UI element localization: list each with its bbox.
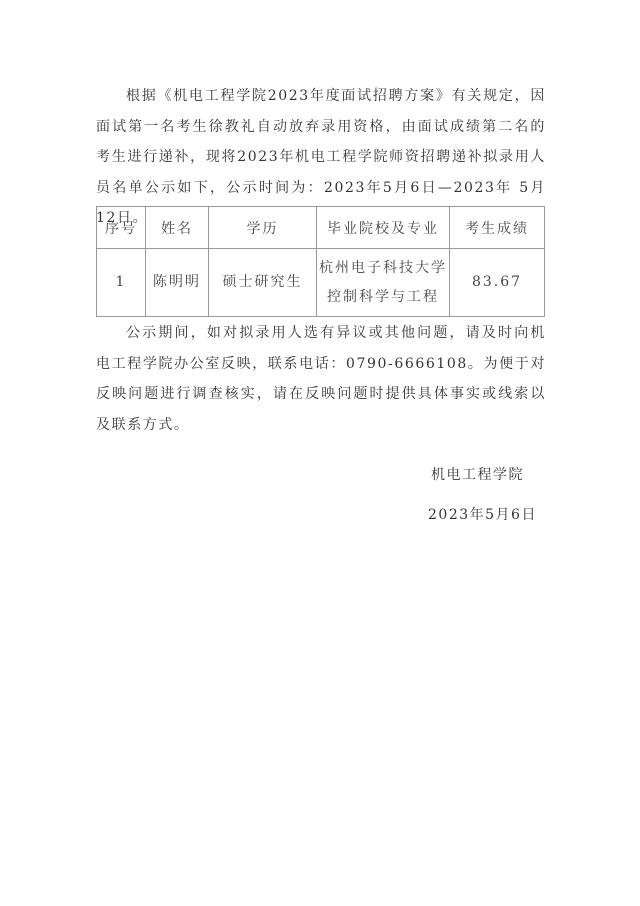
cell-major: 控制科学与工程 — [317, 283, 449, 312]
cell-education: 硕士研究生 — [209, 249, 317, 317]
header-school-major: 毕业院校及专业 — [317, 207, 450, 249]
cell-name: 陈明明 — [146, 249, 209, 317]
header-index: 序号 — [97, 207, 146, 249]
cell-index: 1 — [97, 249, 146, 317]
cell-school: 杭州电子科技大学 — [317, 254, 449, 283]
cell-score: 83.67 — [450, 249, 545, 317]
header-score: 考生成绩 — [450, 207, 545, 249]
signature-date: 2023年5月6日 — [428, 504, 537, 524]
signature-organization: 机电工程学院 — [431, 464, 524, 484]
header-name: 姓名 — [146, 207, 209, 249]
header-education: 学历 — [209, 207, 317, 249]
table-row: 1 陈明明 硕士研究生 杭州电子科技大学 控制科学与工程 83.67 — [97, 249, 545, 317]
table-header-row: 序号 姓名 学历 毕业院校及专业 考生成绩 — [97, 207, 545, 249]
notice-contact-paragraph: 公示期间，如对拟录用人选有异议或其他问题，请及时向机电工程学院办公室反映，联系电… — [96, 318, 546, 440]
candidate-table: 序号 姓名 学历 毕业院校及专业 考生成绩 1 陈明明 硕士研究生 杭州电子科技… — [96, 206, 545, 317]
cell-school-major: 杭州电子科技大学 控制科学与工程 — [317, 249, 450, 317]
